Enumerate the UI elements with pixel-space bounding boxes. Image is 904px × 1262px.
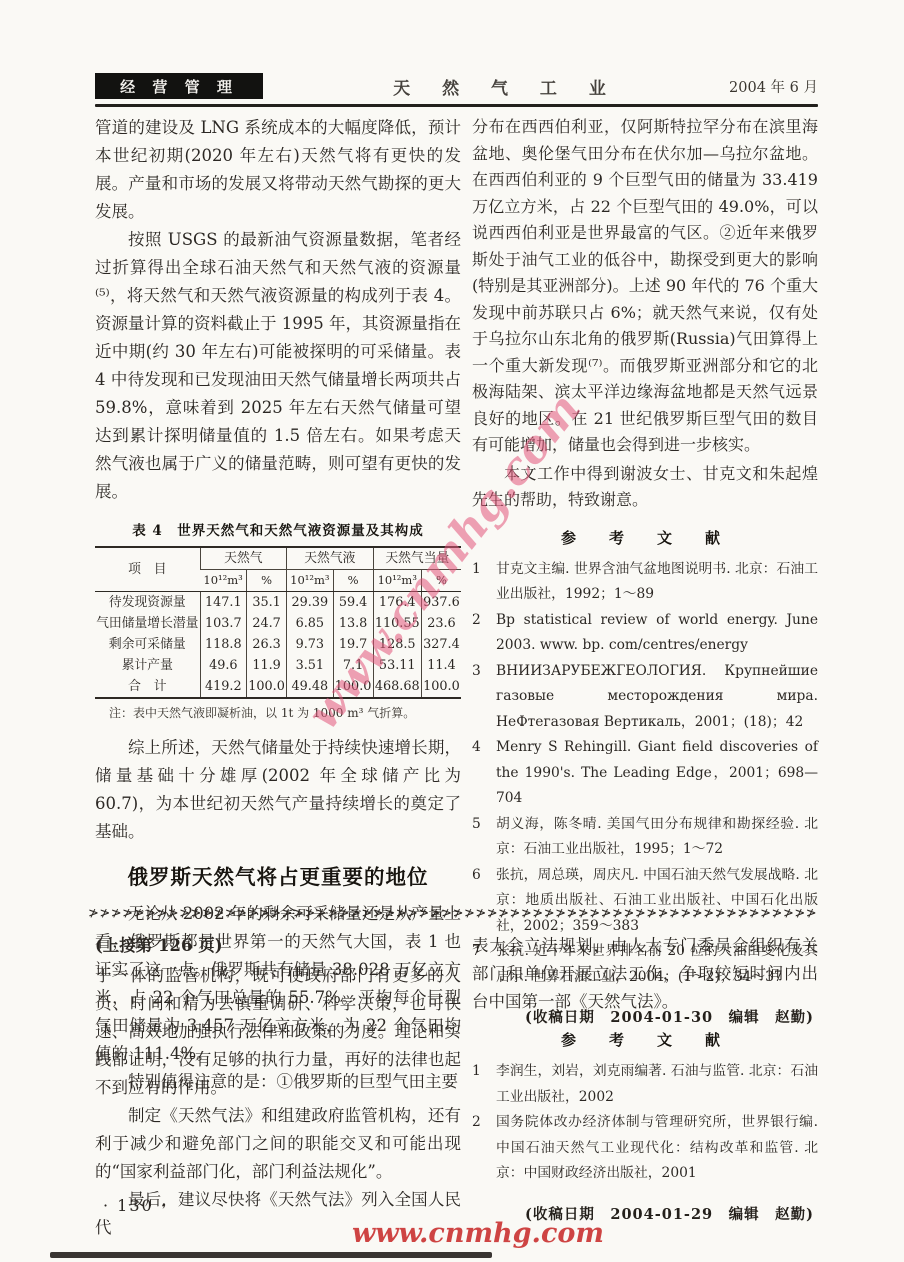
cell: 49.6: [200, 655, 246, 676]
table4-caption: 表 4 世界天然气和天然气液资源量及其构成: [95, 519, 461, 539]
cell: 6.85: [287, 613, 333, 634]
paragraph-gas-law: 制定《天然气法》和组建政府监管机构，还有利于减少和避免部门之间的职能交叉和可能出…: [95, 1102, 461, 1186]
right-column-top: 分布在西西伯利亚，仅阿斯特拉罕分布在滨里海盆地、奥伦堡气田分布在伏尔加—乌拉尔盆…: [472, 114, 818, 1027]
scan-edge-bar: [50, 1252, 492, 1258]
table4-footnote: 注：表中天然气液即凝析油，以 1t 为 1000 m³ 气折算。: [95, 705, 461, 722]
cell: 24.7: [247, 613, 287, 634]
table-row: 剩余可采储量 118.8 26.3 9.73 19.7 128.5 327.4: [95, 634, 461, 655]
cell: 7.1: [333, 655, 373, 676]
row-label: 剩余可采储量: [95, 634, 200, 655]
reference-number: 2: [472, 1110, 496, 1187]
row-label: 合 计: [95, 676, 200, 698]
reference-item: 5 胡义海，陈冬晴. 美国气田分布规律和勘探经验. 北京：石油工业出版社，199…: [472, 812, 818, 863]
table4-unit: 10¹²m³: [200, 570, 246, 592]
reference-number: 5: [472, 812, 496, 863]
cell: 103.7: [200, 613, 246, 634]
reference-number: 6: [472, 863, 496, 940]
cell: 100.0: [333, 676, 373, 698]
paragraph-usgs-resources: 按照 USGS 的最新油气资源量数据，笔者经过折算得出全球石油天然气和天然气液的…: [95, 226, 461, 506]
cell: 53.11: [373, 655, 421, 676]
reference-number: 3: [472, 659, 496, 736]
reference-text: 李润生，刘岩，刘克雨编著. 石油与监管. 北京：石油工业出版社，2002: [496, 1059, 818, 1110]
reference-text: Menry S Rehingill. Giant field discoveri…: [496, 735, 818, 812]
cell: 11.9: [247, 655, 287, 676]
table4-unit: 10¹²m³: [287, 570, 333, 592]
category-label: 经 营 管 理: [120, 76, 238, 97]
cell: 13.8: [333, 613, 373, 634]
cell: 29.39: [287, 592, 333, 614]
cell: 19.7: [333, 634, 373, 655]
section-divider: ≯≯≯≯≯≯≯≯≯≯≯≯≯≯≯≯≯≯≯≯≯≯≯≯≯≯≯≯≯≯≯≯≯≯≯≯≯≯≯≯…: [88, 906, 818, 922]
paragraph-legislation-plan: 表大会立法规划，由人大专门委员会组织有关部门和单位开展立法工作，争取较短时间内出…: [472, 932, 818, 1016]
reference-text: ВНИИЗАРУБЕЖГЕОЛОГИЯ. Крупнейшие газовые …: [496, 659, 818, 736]
page-header: 经 营 管 理 天 然 气 工 业 2004 年 6 月: [95, 70, 818, 102]
acknowledgment: 本文工作中得到谢波女士、甘克文和朱起煌先生的帮助，特致谢意。: [472, 461, 818, 514]
cell: 110.55: [373, 613, 421, 634]
cell: 419.2: [200, 676, 246, 698]
reference-list-2: 1 李润生，刘岩，刘克雨编著. 石油与监管. 北京：石油工业出版社，2002 2…: [472, 1059, 818, 1187]
cell: 937.6: [421, 592, 461, 614]
category-badge: 经 营 管 理: [95, 73, 263, 99]
reference-item: 2 Bp statistical review of world energy.…: [472, 608, 818, 659]
cell: 176.4: [373, 592, 421, 614]
cell: 35.1: [247, 592, 287, 614]
page-number: · 130 ·: [103, 1196, 168, 1215]
cell: 128.5: [373, 634, 421, 655]
table4-unit: %: [421, 570, 461, 592]
references-heading: 参 考 文 献: [472, 527, 818, 548]
reference-item: 6 张抗，周总瑛，周庆凡. 中国石油天然气发展战略. 北京：地质出版社、石油工业…: [472, 863, 818, 940]
reference-number: 2: [472, 608, 496, 659]
table-row: 累计产量 49.6 11.9 3.51 7.1 53.11 11.4: [95, 655, 461, 676]
reference-item: 4 Menry S Rehingill. Giant field discove…: [472, 735, 818, 812]
section-heading-russia: 俄罗斯天然气将占更重要的地位: [95, 860, 461, 890]
reference-item: 2 国务院体改办经济体制与管理研究所，世界银行编. 中国石油天然气工业现代化：结…: [472, 1110, 818, 1187]
cell: 59.4: [333, 592, 373, 614]
reference-text: 甘克文主编. 世界含油气盆地图说明书. 北京：石油工业出版社，1992；1～89: [496, 557, 818, 608]
reference-number: 1: [472, 557, 496, 608]
row-label: 累计产量: [95, 655, 200, 676]
table4-unit: %: [333, 570, 373, 592]
reference-list: 1 甘克文主编. 世界含油气盆地图说明书. 北京：石油工业出版社，1992；1～…: [472, 557, 818, 991]
reference-text: 张抗，周总瑛，周庆凡. 中国石油天然气发展战略. 北京：地质出版社、石油工业出版…: [496, 863, 818, 940]
table4-group-equivalent: 天然气当量: [373, 547, 461, 570]
table-row: 气田储量增长潜量 103.7 24.7 6.85 13.8 110.55 23.…: [95, 613, 461, 634]
paragraph-regulator: 于一体的监管机构，既可使政府部门有更多的人员、时间和精力去慎重调研、科学决策，也…: [95, 962, 461, 1102]
paragraph-siberia: 分布在西西伯利亚，仅阿斯特拉罕分布在滨里海盆地、奥伦堡气田分布在伏尔加—乌拉尔盆…: [472, 114, 818, 459]
received-date-line-2: (收稿日期 2004-01-29 编辑 赵勤): [472, 1203, 818, 1224]
cell: 100.0: [247, 676, 287, 698]
cell: 3.51: [287, 655, 333, 676]
right-column-bottom: 表大会立法规划，由人大专门委员会组织有关部门和单位开展立法工作，争取较短时间内出…: [472, 932, 818, 1224]
cell: 147.1: [200, 592, 246, 614]
paragraph-lng-costs: 管道的建设及 LNG 系统成本的大幅度降低，预计本世纪初期(2020 年左右)天…: [95, 114, 461, 226]
reference-number: 1: [472, 1059, 496, 1110]
reference-text: Bp statistical review of world energy. J…: [496, 608, 818, 659]
cell: 9.73: [287, 634, 333, 655]
reference-text: 国务院体改办经济体制与管理研究所，世界银行编. 中国石油天然气工业现代化：结构改…: [496, 1110, 818, 1187]
table4-unit: 10¹²m³: [373, 570, 421, 592]
continued-from-label: (上接第 126 页): [95, 932, 461, 960]
cell: 11.4: [421, 655, 461, 676]
paragraph-summary: 综上所述，天然气储量处于持续快速增长期，储量基础十分雄厚(2002 年全球储产比…: [95, 734, 461, 846]
table4: 项 目 天然气 天然气液 天然气当量 10¹²m³ % 10¹²m³ % 10¹…: [95, 546, 461, 699]
table4-block: 表 4 世界天然气和天然气液资源量及其构成 项 目 天然气 天然气液 天然气当量…: [95, 519, 461, 722]
reference-number: 4: [472, 735, 496, 812]
cell: 468.68: [373, 676, 421, 698]
table-row: 待发现资源量 147.1 35.1 29.39 59.4 176.4 937.6: [95, 592, 461, 614]
reference-item: 1 李润生，刘岩，刘克雨编著. 石油与监管. 北京：石油工业出版社，2002: [472, 1059, 818, 1110]
row-label: 气田储量增长潜量: [95, 613, 200, 634]
references-heading-2: 参 考 文 献: [472, 1029, 818, 1050]
issue-date: 2004 年 6 月: [729, 76, 818, 97]
cell: 26.3: [247, 634, 287, 655]
cell: 118.8: [200, 634, 246, 655]
reference-item: 1 甘克文主编. 世界含油气盆地图说明书. 北京：石油工业出版社，1992；1～…: [472, 557, 818, 608]
cell: 327.4: [421, 634, 461, 655]
reference-item: 3 ВНИИЗАРУБЕЖГЕОЛОГИЯ. Крупнейшие газовы…: [472, 659, 818, 736]
table4-unit: %: [247, 570, 287, 592]
table4-group-gas: 天然气: [200, 547, 287, 570]
row-label: 待发现资源量: [95, 592, 200, 614]
table4-item-header: 项 目: [95, 547, 200, 592]
reference-text: 胡义海，陈冬晴. 美国气田分布规律和勘探经验. 北京：石油工业出版社，1995；…: [496, 812, 818, 863]
header-rule: [95, 104, 818, 107]
journal-title: 天 然 气 工 业: [263, 74, 729, 99]
table-row-total: 合 计 419.2 100.0 49.48 100.0 468.68 100.0: [95, 676, 461, 698]
cell: 23.6: [421, 613, 461, 634]
cell: 49.48: [287, 676, 333, 698]
table4-group-ngl: 天然气液: [287, 547, 374, 570]
cell: 100.0: [421, 676, 461, 698]
